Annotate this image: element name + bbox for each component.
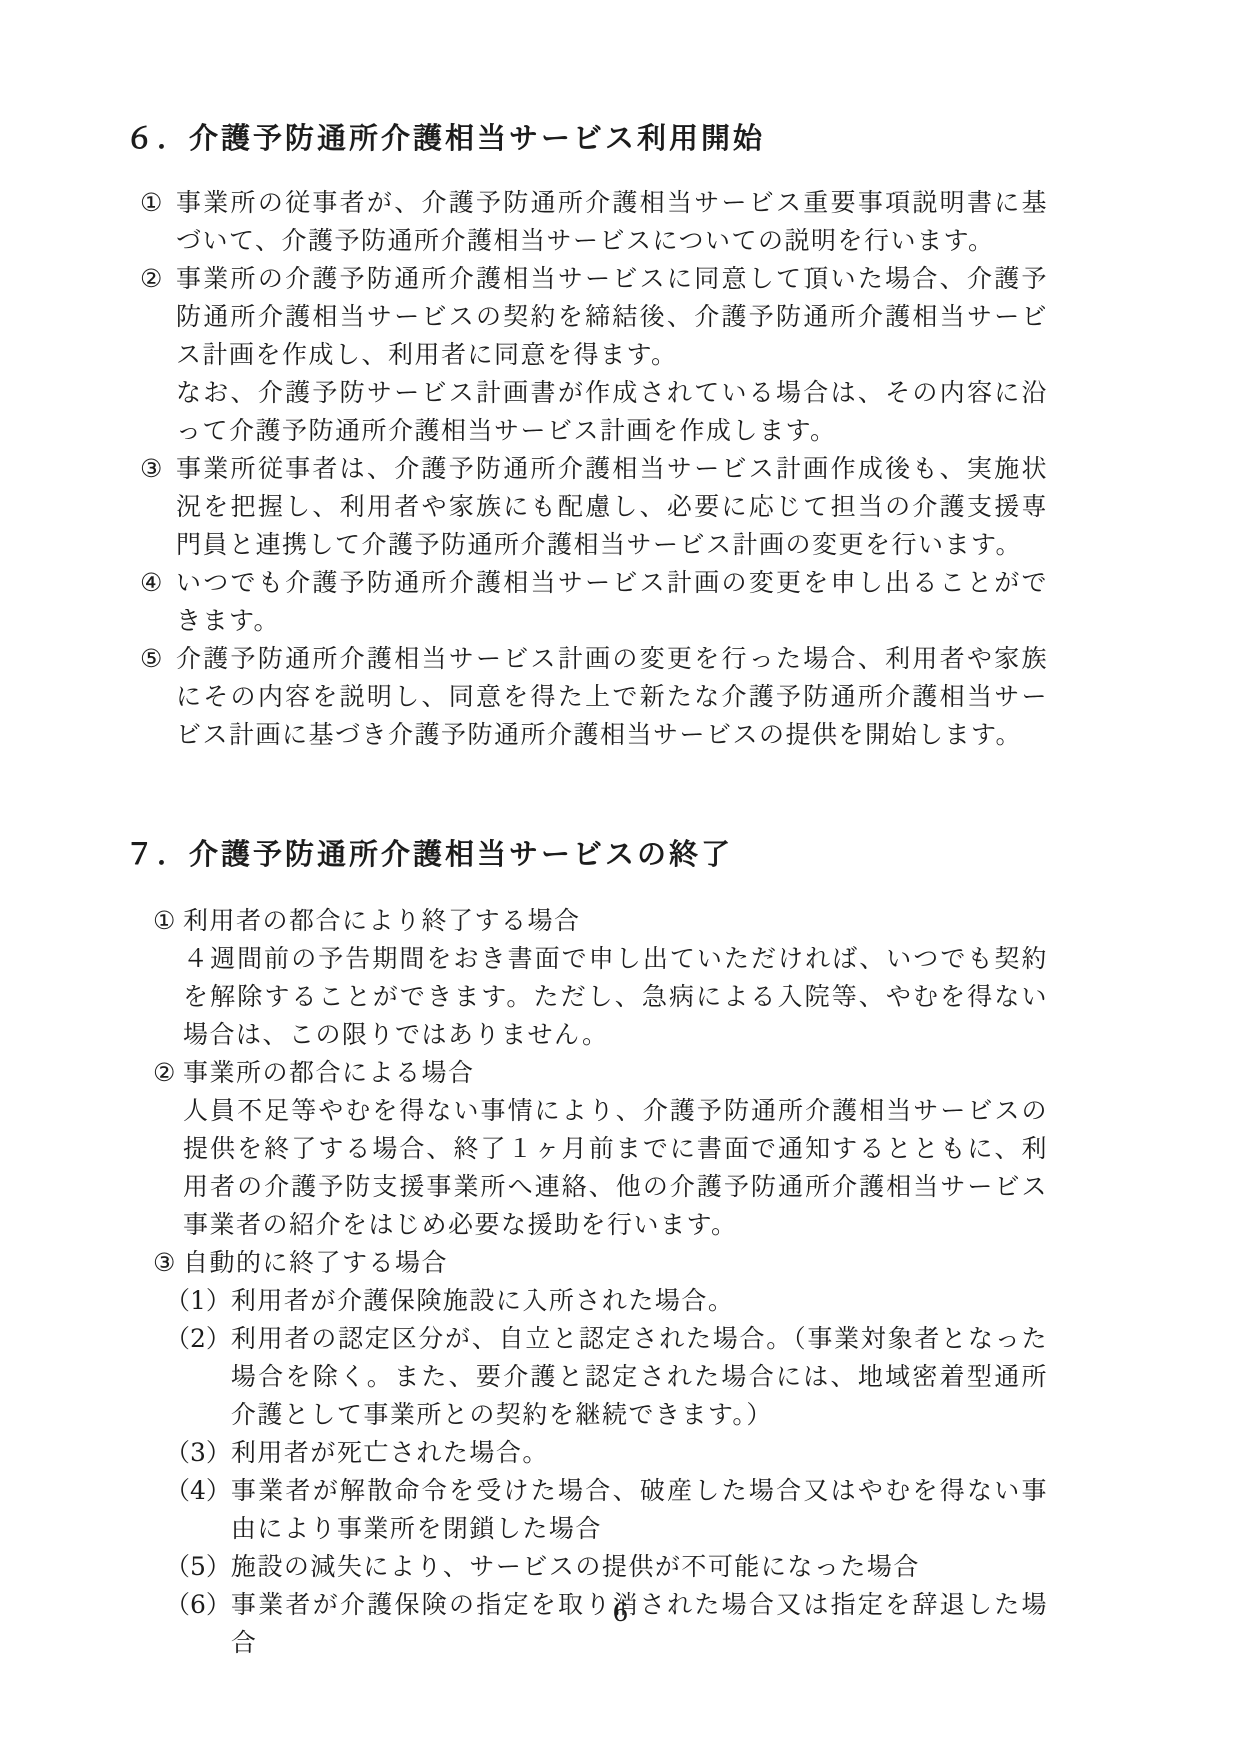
- sub-item-text: 利用者の認定区分が、自立と認定された場合。（事業対象者となった場合を除く。また、…: [231, 1320, 1048, 1434]
- list-item: ③ 事業所従事者は、介護予防通所介護相当サービス計画作成後も、実施状況を把握し、…: [140, 450, 1048, 564]
- item-title-row: ① 利用者の都合により終了する場合: [153, 902, 1048, 940]
- item-title: 事業所の都合による場合: [183, 1054, 475, 1092]
- item-marker: ②: [140, 260, 176, 450]
- list-item: ② 事業所の介護予防通所介護相当サービスに同意して頂いた場合、介護予防通所介護相…: [140, 260, 1048, 450]
- item-text: 事業所従事者は、介護予防通所介護相当サービス計画作成後も、実施状況を把握し、利用…: [176, 450, 1048, 564]
- item-text: いつでも介護予防通所介護相当サービス計画の変更を申し出ることができます。: [176, 564, 1048, 640]
- item-title-row: ③ 自動的に終了する場合: [153, 1244, 1048, 1282]
- sub-item-marker: （5）: [165, 1548, 231, 1586]
- sub-list-item: （2） 利用者の認定区分が、自立と認定された場合。（事業対象者となった場合を除く…: [165, 1320, 1048, 1434]
- item-text: 介護予防通所介護相当サービス計画の変更を行った場合、利用者や家族にその内容を説明…: [176, 640, 1048, 754]
- item-title: 利用者の都合により終了する場合: [183, 902, 581, 940]
- section-7-heading: ７．介護予防通所介護相当サービスの終了: [125, 754, 1241, 874]
- section-6-list: ① 事業所の従事者が、介護予防通所介護相当サービス重要事項説明書に基づいて、介護…: [0, 184, 1241, 754]
- sub-list-item: （1） 利用者が介護保険施設に入所された場合。: [165, 1282, 1048, 1320]
- item-text: 事業所の従事者が、介護予防通所介護相当サービス重要事項説明書に基づいて、介護予防…: [176, 184, 1048, 260]
- item-marker: ①: [153, 902, 183, 940]
- document-page: ６．介護予防通所介護相当サービス利用開始 ① 事業所の従事者が、介護予防通所介護…: [0, 0, 1241, 1755]
- list-item: ① 利用者の都合により終了する場合 ４週間前の予告期間をおき書面で申し出ていただ…: [153, 902, 1048, 1054]
- page-number: 6: [0, 1594, 1241, 1632]
- list-item: ① 事業所の従事者が、介護予防通所介護相当サービス重要事項説明書に基づいて、介護…: [140, 184, 1048, 260]
- sub-item-marker: （2）: [165, 1320, 231, 1434]
- item-text: 事業所の介護予防通所介護相当サービスに同意して頂いた場合、介護予防通所介護相当サ…: [176, 260, 1048, 450]
- sub-item-text: 利用者が介護保険施設に入所された場合。: [231, 1282, 1048, 1320]
- item-title-row: ② 事業所の都合による場合: [153, 1054, 1048, 1092]
- sub-list-item: （3） 利用者が死亡された場合。: [165, 1434, 1048, 1472]
- item-body: 人員不足等やむを得ない事情により、介護予防通所介護相当サービスの提供を終了する場…: [183, 1092, 1048, 1244]
- sub-item-text: 施設の減失により、サービスの提供が不可能になった場合: [231, 1548, 1048, 1586]
- list-item: ② 事業所の都合による場合 人員不足等やむを得ない事情により、介護予防通所介護相…: [153, 1054, 1048, 1244]
- section-7-list: ① 利用者の都合により終了する場合 ４週間前の予告期間をおき書面で申し出ていただ…: [0, 902, 1241, 1662]
- sub-list-item: （5） 施設の減失により、サービスの提供が不可能になった場合: [165, 1548, 1048, 1586]
- sub-list-item: （4） 事業者が解散命令を受けた場合、破産した場合又はやむを得ない事由により事業…: [165, 1472, 1048, 1548]
- item-marker: ④: [140, 564, 176, 640]
- item-marker: ①: [140, 184, 176, 260]
- sub-item-text: 利用者が死亡された場合。: [231, 1434, 1048, 1472]
- sub-item-marker: （3）: [165, 1434, 231, 1472]
- list-item: ④ いつでも介護予防通所介護相当サービス計画の変更を申し出ることができます。: [140, 564, 1048, 640]
- sub-item-marker: （1）: [165, 1282, 231, 1320]
- item-body: ４週間前の予告期間をおき書面で申し出ていただければ、いつでも契約を解除することが…: [183, 940, 1048, 1054]
- list-item: ⑤ 介護予防通所介護相当サービス計画の変更を行った場合、利用者や家族にその内容を…: [140, 640, 1048, 754]
- item-marker: ⑤: [140, 640, 176, 754]
- section-6-heading: ６．介護予防通所介護相当サービス利用開始: [125, 0, 1241, 158]
- item-title: 自動的に終了する場合: [183, 1244, 448, 1282]
- item-marker: ③: [140, 450, 176, 564]
- sub-item-text: 事業者が解散命令を受けた場合、破産した場合又はやむを得ない事由により事業所を閉鎖…: [231, 1472, 1048, 1548]
- item-marker: ③: [153, 1244, 183, 1282]
- item-marker: ②: [153, 1054, 183, 1092]
- sub-item-marker: （4）: [165, 1472, 231, 1548]
